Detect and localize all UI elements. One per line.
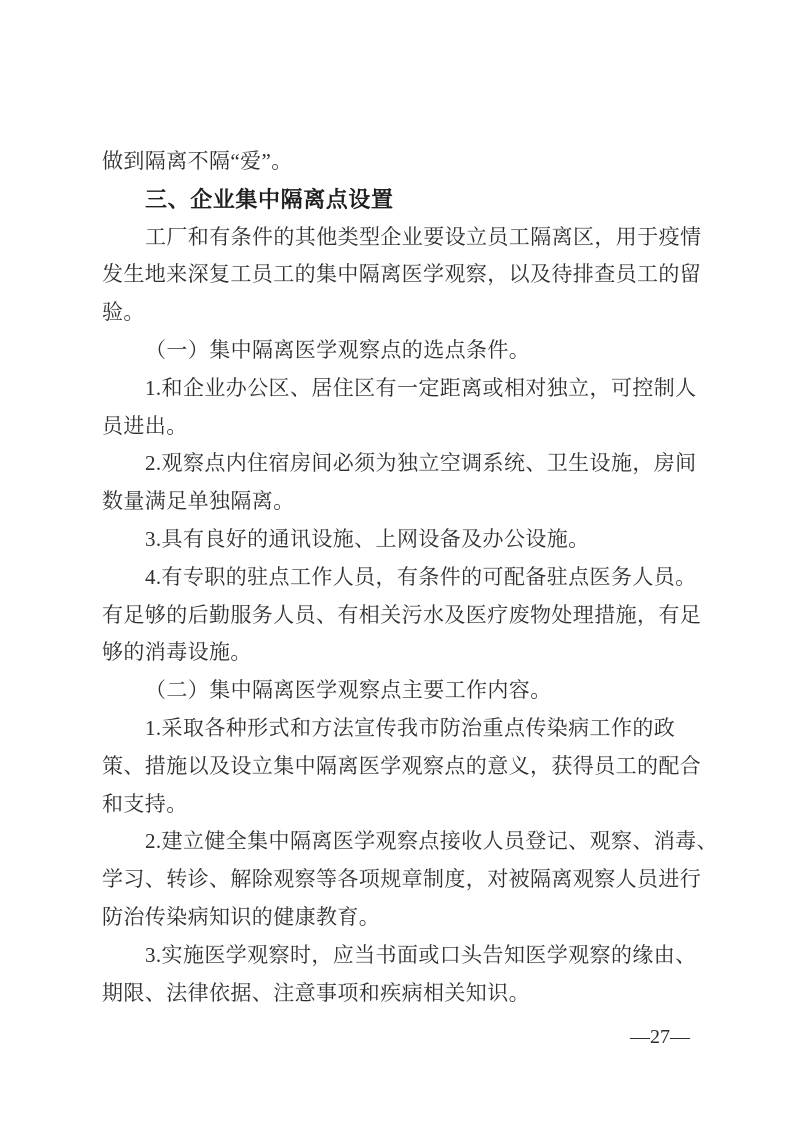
text-line: 3.实施医学观察时，应当书面或口头告知医学观察的缘由、 [102,937,702,975]
text-line: 发生地来深复工员工的集中隔离医学观察，以及待排查员工的留 [102,256,702,294]
text-line: 员进出。 [102,408,702,446]
document-page: 做到隔离不隔“爱”。三、企业集中隔离点设置工厂和有条件的其他类型企业要设立员工隔… [0,0,800,1131]
text-line: 学习、转诊、解除观察等各项规章制度，对被隔离观察人员进行 [102,861,702,899]
text-line: 工厂和有条件的其他类型企业要设立员工隔离区，用于疫情 [102,219,702,257]
text-line: 和支持。 [102,786,702,824]
text-line: （二）集中隔离医学观察点主要工作内容。 [102,672,702,710]
section-heading: 三、企业集中隔离点设置 [102,181,702,219]
text-line: （一）集中隔离医学观察点的选点条件。 [102,332,702,370]
document-body: 做到隔离不隔“爱”。三、企业集中隔离点设置工厂和有条件的其他类型企业要设立员工隔… [102,143,702,1012]
text-line: 验。 [102,294,702,332]
text-line: 期限、法律依据、注意事项和疾病相关知识。 [102,975,702,1013]
page-number: —27— [630,1026,700,1049]
text-line: 够的消毒设施。 [102,634,702,672]
text-line: 2.建立健全集中隔离医学观察点接收人员登记、观察、消毒、 [102,823,702,861]
text-line: 有足够的后勤服务人员、有相关污水及医疗废物处理措施，有足 [102,597,702,635]
text-line: 1.采取各种形式和方法宣传我市防治重点传染病工作的政 [102,710,702,748]
text-line: 2.观察点内住宿房间必须为独立空调系统、卫生设施，房间 [102,445,702,483]
text-line: 做到隔离不隔“爱”。 [102,143,702,181]
text-line: 1.和企业办公区、居住区有一定距离或相对独立，可控制人 [102,370,702,408]
text-line: 防治传染病知识的健康教育。 [102,899,702,937]
text-line: 数量满足单独隔离。 [102,483,702,521]
text-line: 策、措施以及设立集中隔离医学观察点的意义，获得员工的配合 [102,748,702,786]
text-line: 3.具有良好的通讯设施、上网设备及办公设施。 [102,521,702,559]
text-line: 4.有专职的驻点工作人员，有条件的可配备驻点医务人员。 [102,559,702,597]
